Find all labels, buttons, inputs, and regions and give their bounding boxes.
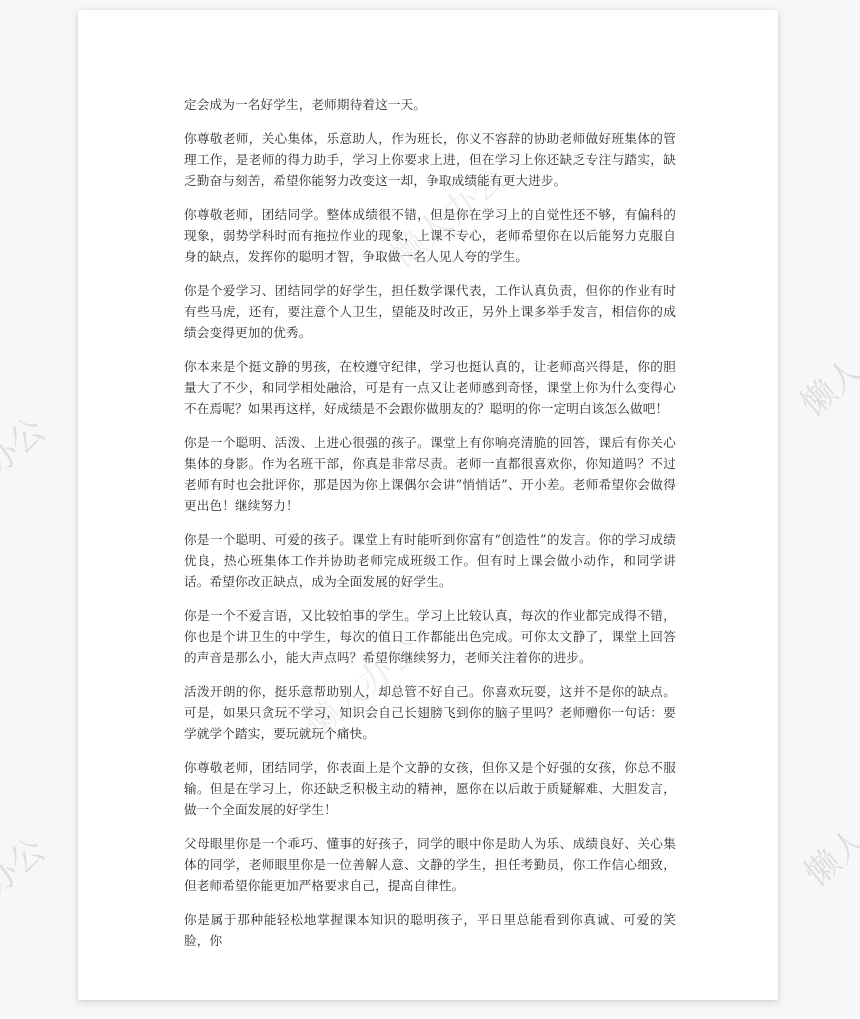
watermark-right-lower: 懒人 — [792, 814, 860, 895]
paragraph-11: 父母眼里你是一个乖巧、懂事的好孩子，同学的眼中你是助人为乐、成绩良好、关心集体的… — [184, 833, 676, 896]
paragraph-10: 你尊敬老师，团结同学，你表面上是个文静的女孩，但你又是个好强的女孩，你总不服输。… — [184, 757, 676, 820]
paragraph-9: 活泼开朗的你，挺乐意帮助别人，却总管不好自己。你喜欢玩耍，这并不是你的缺点。可是… — [184, 681, 676, 744]
document-page: 懒人办公 懒人办公 定会成为一名好学生，老师期待着这一天。 你尊敬老师，关心集体… — [78, 10, 778, 1000]
paragraph-4: 你是个爱学习、团结同学的好学生，担任数学课代表，工作认真负责，但你的作业有时有些… — [184, 280, 676, 343]
paragraph-5: 你本来是个挺文静的男孩，在校遵守纪律，学习也挺认真的，让老师高兴得是，你的胆量大… — [184, 356, 676, 419]
paragraph-2: 你尊敬老师，关心集体，乐意助人，作为班长，你义不容辞的协助老师做好班集体的管理工… — [184, 128, 676, 191]
paragraph-12: 你是属于那种能轻松地掌握课本知识的聪明孩子，平日里总能看到你真诚、可爱的笑脸，你 — [184, 909, 676, 951]
paragraph-7: 你是一个聪明、可爱的孩子。课堂上有时能听到你富有“创造性”的发言。你的学习成绩优… — [184, 529, 676, 592]
document-body: 定会成为一名好学生，老师期待着这一天。 你尊敬老师，关心集体，乐意助人，作为班长… — [184, 94, 676, 964]
watermark-right-upper: 懒人 — [788, 344, 860, 425]
paragraph-8: 你是一个不爱言语，又比较怕事的学生。学习上比较认真，每次的作业都完成得不错，你也… — [184, 605, 676, 668]
watermark-left-upper: 办公 — [0, 404, 54, 485]
paragraph-6: 你是一个聪明、活泼、上进心很强的孩子。课堂上有你响亮清脆的回答，课后有你关心集体… — [184, 432, 676, 516]
document-viewer[interactable]: 办公 办公 懒人 懒人 懒人办公 懒人办公 定会成为一名好学生，老师期待着这一天… — [0, 0, 860, 1019]
paragraph-3: 你尊敬老师，团结同学。整体成绩很不错，但是你在学习上的自觉性还不够，有偏科的现象… — [184, 204, 676, 267]
watermark-left-lower: 办公 — [0, 824, 54, 905]
paragraph-1: 定会成为一名好学生，老师期待着这一天。 — [184, 94, 676, 115]
